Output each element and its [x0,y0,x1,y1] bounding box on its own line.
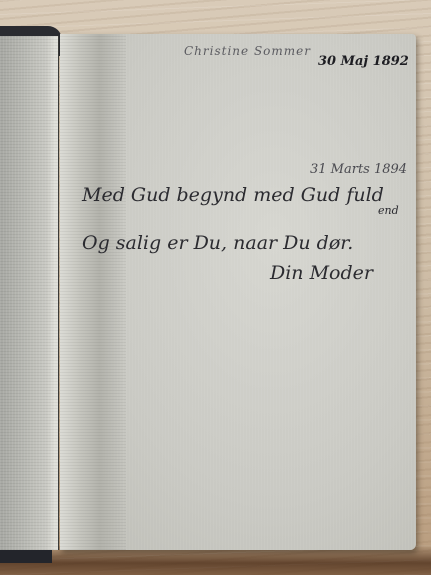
book-hinge-cloth [0,36,59,550]
endpaper-page: Christine Sommer 30 Maj 1892 31 Marts 18… [60,34,416,550]
owner-date-inscription: 30 Maj 1892 [318,54,409,69]
signature: Din Moder [270,262,373,284]
owner-name-inscription: Christine Sommer [184,44,311,58]
dedication-line-2: Og salig er Du, naar Du dør. [82,232,353,254]
dedication-line-1: Med Gud begynd med Gud fuld [82,184,384,206]
dedication-line-1-continuation: end [378,204,399,217]
page-gutter [60,34,126,550]
dedication-date: 31 Marts 1894 [310,162,407,177]
